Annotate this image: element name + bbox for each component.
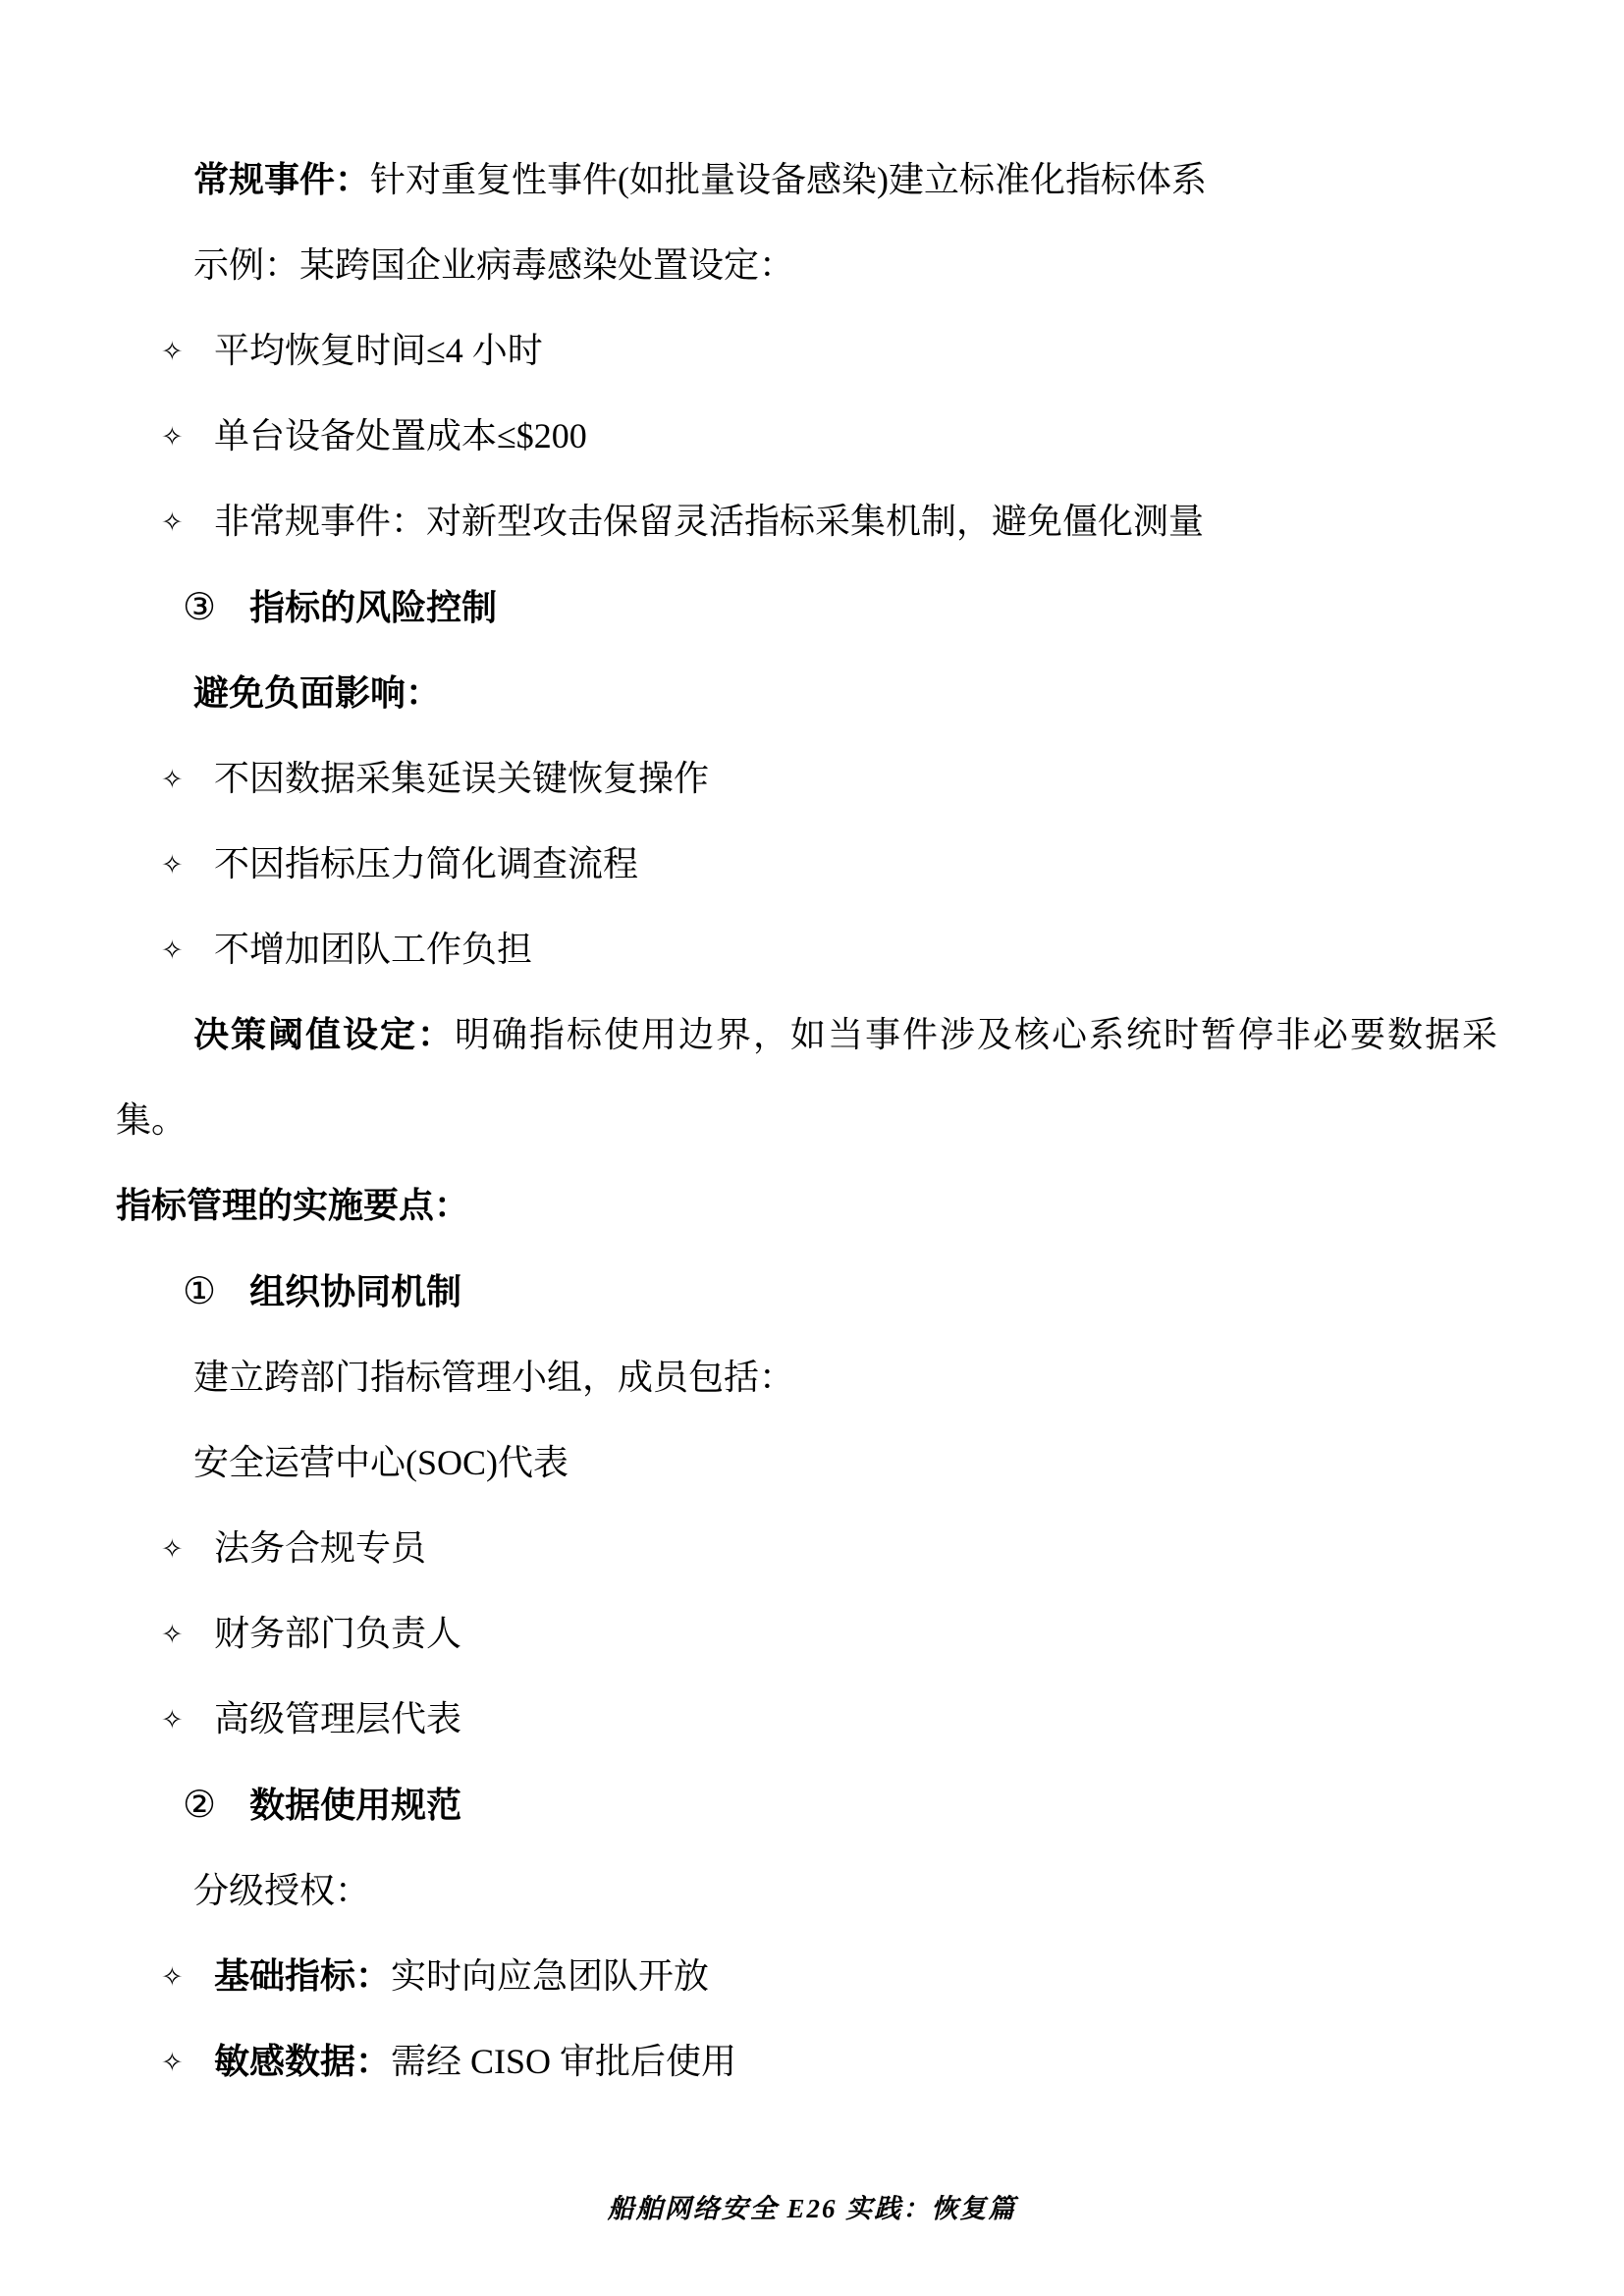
text-run: 平均恢复时间≤4 小时 <box>214 331 543 370</box>
diamond-bullet-icon: ✧ <box>161 737 184 823</box>
diamond-bullet-icon: ✧ <box>161 1678 184 1763</box>
text-run-bold: 数据使用规范 <box>249 1786 461 1825</box>
bullet-item: ✧法务合规专员 <box>116 1506 1510 1591</box>
text-run: 集。 <box>116 1100 187 1140</box>
text-run-bold: 决策阈值设定： <box>193 1015 455 1054</box>
text-run: 单台设备处置成本≤$200 <box>214 416 587 455</box>
document-page: 常规事件：针对重复性事件(如批量设备感染)建立标准化指标体系示例：某跨国企业病毒… <box>0 0 1624 2296</box>
paragraph: 建立跨部门指标管理小组，成员包括： <box>116 1335 1510 1420</box>
bullet-item: ✧敏感数据：需经 CISO 审批后使用 <box>116 2019 1510 2105</box>
circled-number: ① <box>183 1269 216 1312</box>
bullet-item: ✧非常规事件：对新型攻击保留灵活指标采集机制，避免僵化测量 <box>116 479 1510 564</box>
text-run-bold: 敏感数据： <box>214 2042 391 2081</box>
section-heading: ③指标的风险控制 <box>116 564 1510 651</box>
text-run-bold: 常规事件： <box>193 160 370 199</box>
paragraph: 安全运营中心(SOC)代表 <box>116 1420 1510 1506</box>
paragraph: 示例：某跨国企业病毒感染处置设定： <box>116 223 1510 308</box>
text-run: 建立跨部门指标管理小组，成员包括： <box>193 1358 794 1397</box>
text-run-bold: 基础指标： <box>214 1956 391 1996</box>
paragraph: 分级授权： <box>116 1848 1510 1934</box>
page-footer: 船舶网络安全 E26 实践：恢复篇 <box>0 2187 1624 2225</box>
text-run: 针对重复性事件(如批量设备感染)建立标准化指标体系 <box>370 160 1207 199</box>
paragraph: 指标管理的实施要点： <box>116 1163 1510 1249</box>
bullet-item: ✧平均恢复时间≤4 小时 <box>116 308 1510 394</box>
document-body: 常规事件：针对重复性事件(如批量设备感染)建立标准化指标体系示例：某跨国企业病毒… <box>116 137 1510 2105</box>
text-run: 法务合规专员 <box>214 1528 426 1568</box>
paragraph: 避免负面影响： <box>116 651 1510 736</box>
circled-number: ② <box>183 1783 216 1826</box>
diamond-bullet-icon: ✧ <box>161 908 184 993</box>
paragraph: 常规事件：针对重复性事件(如批量设备感染)建立标准化指标体系 <box>116 137 1510 223</box>
diamond-bullet-icon: ✧ <box>161 1935 184 2020</box>
text-run: 不因指标压力简化调查流程 <box>214 844 638 883</box>
section-heading: ②数据使用规范 <box>116 1762 1510 1848</box>
text-run: 不增加团队工作负担 <box>214 930 532 969</box>
diamond-bullet-icon: ✧ <box>161 395 184 480</box>
bullet-item: ✧财务部门负责人 <box>116 1591 1510 1677</box>
text-run: 明确指标使用边界，如当事件涉及核心系统时暂停非必要数据采 <box>455 1015 1499 1054</box>
text-run-bold: 指标的风险控制 <box>249 588 497 627</box>
text-run-bold: 指标管理的实施要点： <box>116 1186 469 1225</box>
bullet-item: ✧单台设备处置成本≤$200 <box>116 394 1510 479</box>
diamond-bullet-icon: ✧ <box>161 1592 184 1678</box>
diamond-bullet-icon: ✧ <box>161 823 184 908</box>
text-run: 需经 CISO 审批后使用 <box>391 2042 736 2081</box>
text-run: 示例：某跨国企业病毒感染处置设定： <box>193 245 794 285</box>
bullet-item: ✧不因数据采集延误关键恢复操作 <box>116 736 1510 822</box>
text-run-bold: 组织协同机制 <box>249 1272 461 1311</box>
text-run: 分级授权： <box>193 1871 370 1910</box>
bullet-item: ✧不增加团队工作负担 <box>116 907 1510 992</box>
diamond-bullet-icon: ✧ <box>161 2020 184 2106</box>
bullet-item: ✧不因指标压力简化调查流程 <box>116 822 1510 907</box>
text-run: 不因数据采集延误关键恢复操作 <box>214 759 709 798</box>
bullet-item: ✧基础指标：实时向应急团队开放 <box>116 1934 1510 2019</box>
section-heading: ①组织协同机制 <box>116 1249 1510 1335</box>
diamond-bullet-icon: ✧ <box>161 309 184 395</box>
circled-number: ③ <box>183 585 216 628</box>
text-run: 安全运营中心(SOC)代表 <box>193 1443 568 1482</box>
text-run: 高级管理层代表 <box>214 1699 461 1738</box>
text-run: 实时向应急团队开放 <box>391 1956 709 1996</box>
diamond-bullet-icon: ✧ <box>161 480 184 565</box>
text-run-bold: 避免负面影响： <box>193 673 441 713</box>
bullet-item: ✧高级管理层代表 <box>116 1677 1510 1762</box>
diamond-bullet-icon: ✧ <box>161 1507 184 1592</box>
paragraph: 决策阈值设定：明确指标使用边界，如当事件涉及核心系统时暂停非必要数据采 <box>116 992 1510 1078</box>
text-run: 非常规事件：对新型攻击保留灵活指标采集机制，避免僵化测量 <box>214 502 1204 541</box>
paragraph: 集。 <box>116 1078 1510 1163</box>
text-run: 财务部门负责人 <box>214 1614 461 1653</box>
